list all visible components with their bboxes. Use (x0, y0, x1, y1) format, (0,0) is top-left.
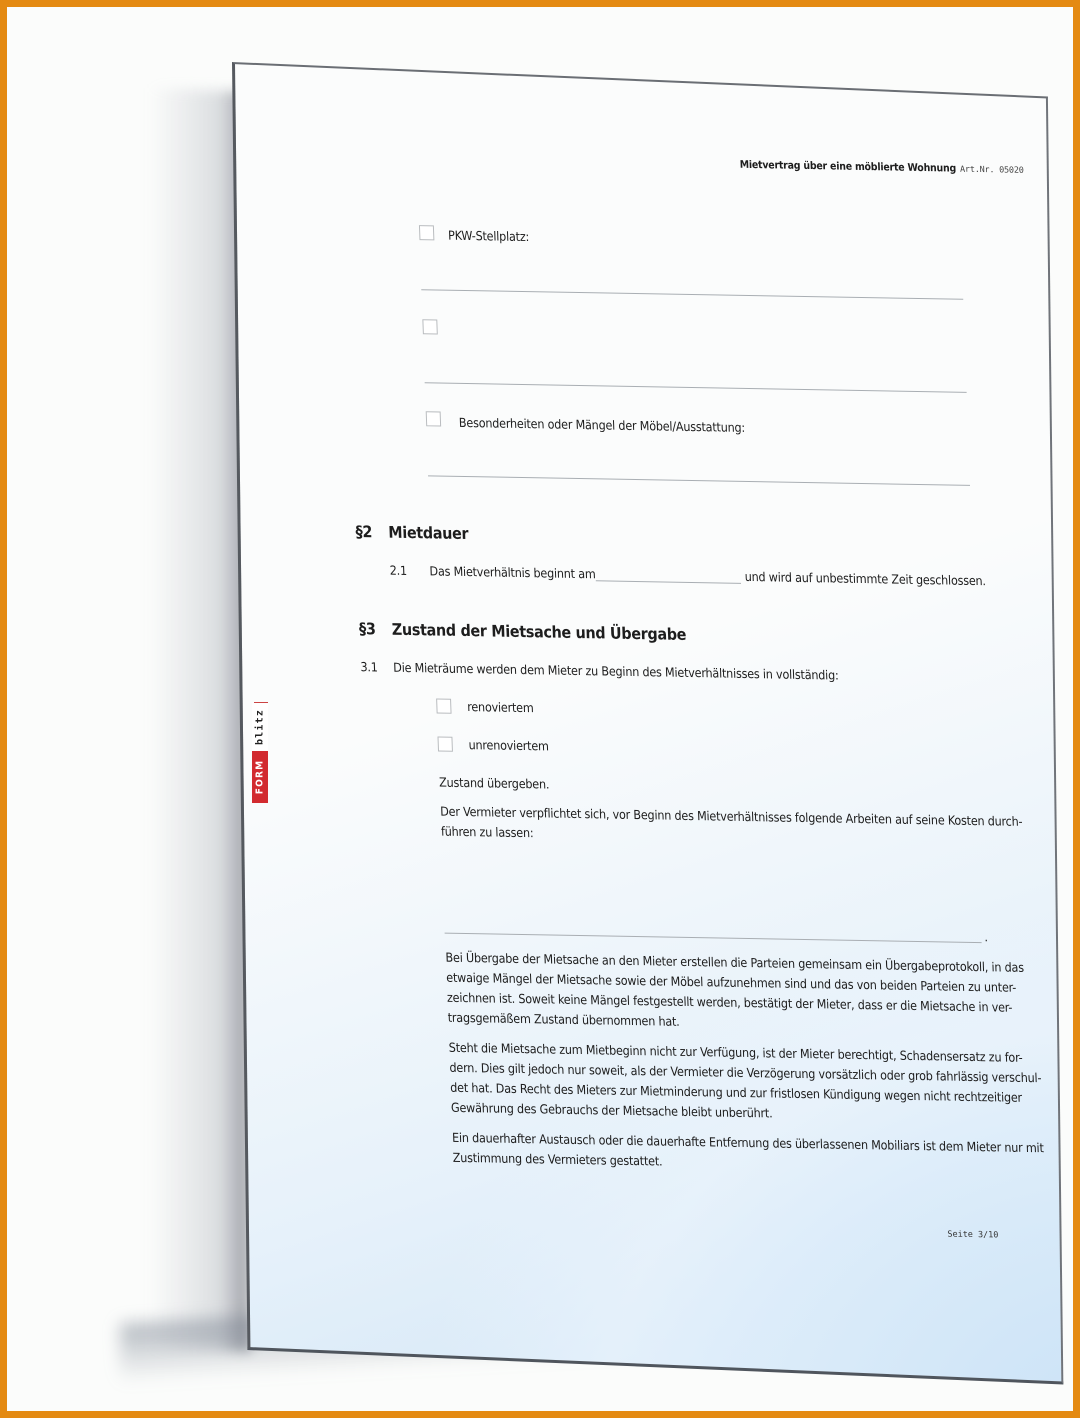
works-field[interactable] (445, 933, 982, 943)
zustand-uebergeben-text: Zustand übergeben. (439, 775, 550, 792)
pkw-stellplatz-field[interactable] (421, 289, 963, 300)
article-number: Art.Nr. 05020 (960, 165, 1024, 176)
section-2-number: §2 (355, 522, 372, 541)
clause-2-1-text-after: und wird auf unbestimmte Zeit geschlosse… (744, 569, 986, 588)
checkbox-renoviertem[interactable] (436, 698, 451, 713)
availability-paragraph: Steht die Mietsache zum Mietbeginn nicht… (448, 1038, 990, 1128)
works-paragraph: Der Vermieter verpflichtet sich, vor Beg… (440, 802, 980, 852)
document-header: Mietvertrag über eine möblierte WohnungA… (740, 159, 1024, 176)
brand-logo-form: FORM (252, 751, 268, 803)
brand-logo-blitz: blitz (252, 703, 268, 751)
checkbox-pkw-stellplatz[interactable] (419, 225, 434, 240)
clause-2-1-number: 2.1 (389, 563, 407, 578)
checkbox-blank[interactable] (422, 319, 437, 334)
checkbox-unrenoviertem[interactable] (437, 737, 452, 752)
section-3-number: §3 (359, 619, 376, 638)
section-2-heading: Mietdauer (388, 523, 469, 543)
works-field-period: . (984, 929, 988, 944)
clause-3-1-text: Die Mieträume werden dem Mieter zu Begin… (393, 660, 839, 683)
checkbox-besonderheiten[interactable] (426, 411, 441, 426)
clause-2-1-text-before: Das Mietverhältnis beginnt am (429, 563, 596, 581)
clause-3-1-number: 3.1 (360, 659, 378, 674)
document-page: Mietvertrag über eine möblierte WohnungA… (232, 62, 1063, 1384)
furniture-paragraph: Ein dauerhafter Austausch oder die dauer… (452, 1128, 992, 1178)
handover-paragraph: Bei Übergabe der Mietsache an den Mieter… (445, 948, 987, 1038)
formblitz-logo: blitz FORM (252, 703, 268, 803)
start-date-field[interactable] (596, 580, 741, 584)
checkbox-label-besonderheiten: Besonderheiten oder Mängel der Möbel/Aus… (459, 415, 746, 435)
page-number: Seite 3/10 (947, 1230, 998, 1241)
option-label-unrenoviertem: unrenoviertem (468, 737, 549, 753)
section-3-heading: Zustand der Mietsache und Übergabe (392, 620, 687, 644)
besonderheiten-field[interactable] (428, 475, 970, 486)
checkbox-label-pkw-stellplatz: PKW-Stellplatz: (448, 228, 529, 244)
blank-item-field[interactable] (425, 382, 967, 393)
option-label-renoviertem: renoviertem (467, 699, 534, 715)
document-title: Mietvertrag über eine möblierte Wohnung (740, 159, 957, 175)
